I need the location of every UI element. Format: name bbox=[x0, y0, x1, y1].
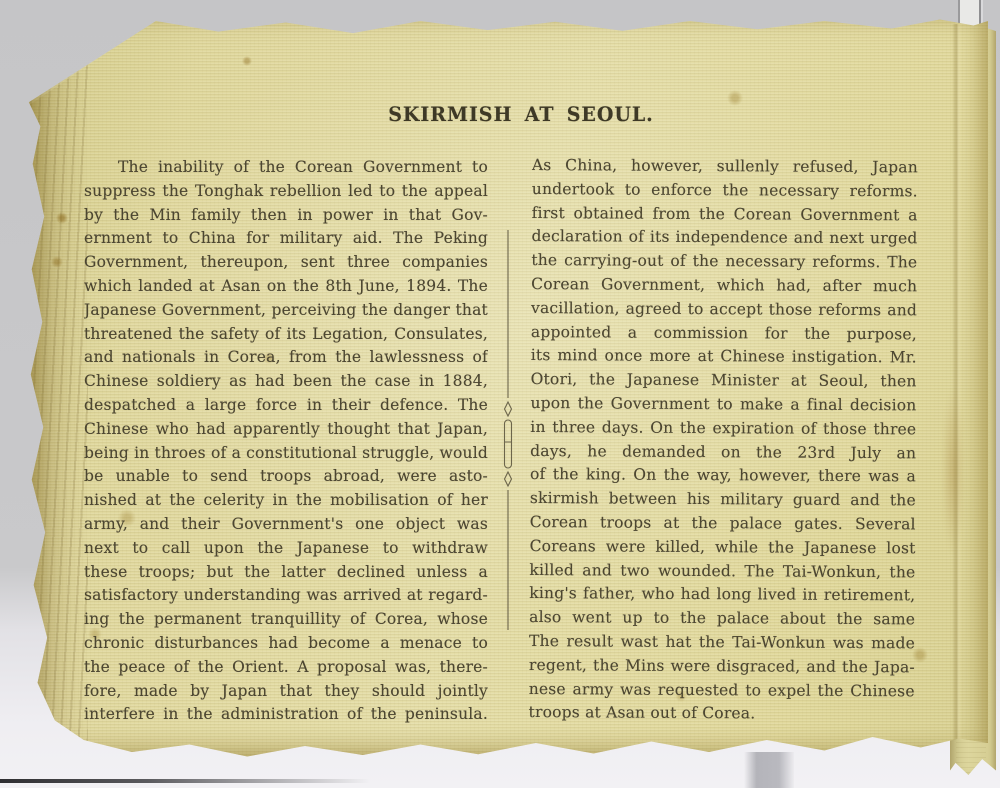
right-crease bbox=[952, 24, 962, 740]
text-line: Corean Government, which had, after much bbox=[531, 273, 917, 299]
text-line: nished at the celerity in the mobilisati… bbox=[84, 489, 488, 513]
text-line: king's father, who had long lived in ret… bbox=[529, 582, 915, 608]
folded-corner bbox=[28, 18, 158, 106]
text-line: As China, however, sullenly refused, Jap… bbox=[532, 154, 918, 180]
right-text-column: As China, however, sullenly refused, Jap… bbox=[529, 154, 918, 727]
text-line: of the king. On the way, however, there … bbox=[530, 463, 916, 489]
text-line: being in throes of a constitutional stru… bbox=[84, 442, 488, 466]
text-line: Chinese soldiery as had been the case in… bbox=[84, 370, 488, 394]
text-line: chronic disturbances had become a menace… bbox=[84, 632, 488, 656]
text-line: army, and their Government's one object … bbox=[84, 513, 488, 537]
text-line: appointed a commission for the purpose, … bbox=[531, 321, 917, 347]
text-line: by the Min family then in power in that … bbox=[84, 204, 488, 228]
text-line: Government, thereupon, sent three compan… bbox=[84, 251, 488, 275]
text-line: its mind once more at Chinese instigatio… bbox=[531, 344, 917, 370]
text-line: which landed at Asan on the 8th June, 18… bbox=[84, 275, 488, 299]
text-line: undertook to enforce the necessary refor… bbox=[532, 178, 918, 204]
text-line: next to call upon the Japanese to withdr… bbox=[84, 537, 488, 561]
text-line: killed and two wounded. The Tai-Wonkun, … bbox=[529, 559, 915, 585]
text-line: ing the permanent tranquillity of Corea,… bbox=[84, 608, 488, 632]
column-divider-ornament bbox=[500, 230, 516, 630]
shadow-strip bbox=[744, 752, 794, 788]
text-line: these troops; but the latter declined un… bbox=[84, 561, 488, 585]
page-title: SKIRMISH AT SEOUL. bbox=[64, 102, 978, 126]
text-line: vacillation, agreed to accept those refo… bbox=[531, 297, 917, 323]
text-line: the carrying-out of the necessary reform… bbox=[531, 249, 917, 275]
text-line: threatened the safety of its Legation, C… bbox=[84, 323, 488, 347]
text-line: The result wast hat the Tai-Wonkun was m… bbox=[529, 630, 915, 656]
text-line: Japanese Government, perceiving the dang… bbox=[84, 299, 488, 323]
left-text-column: The inability of the Corean Government t… bbox=[84, 156, 488, 727]
text-line: be unable to send troops abroad, were as… bbox=[84, 465, 488, 489]
text-line: also went up to the palace about the sam… bbox=[529, 606, 915, 632]
text-line: ernment to China for military aid. The P… bbox=[84, 227, 488, 251]
text-line: in three days. On the expiration of thos… bbox=[530, 416, 916, 442]
text-line: Otori, the Japanese Minister at Seoul, t… bbox=[531, 368, 917, 394]
text-line: nese army was requested to expel the Chi… bbox=[529, 678, 915, 704]
text-line: despatched a large force in their defenc… bbox=[84, 394, 488, 418]
text-line: skirmish between his military guard and … bbox=[530, 487, 916, 513]
text-line: days, he demanded on the 23rd July an au… bbox=[530, 440, 916, 466]
text-line: Chinese who had apparently thought that … bbox=[84, 418, 488, 442]
text-line: suppress the Tonghak rebellion led to th… bbox=[84, 180, 488, 204]
text-line: fore, made by Japan that they should joi… bbox=[84, 680, 488, 704]
text-line: and nationals in Corea, from the lawless… bbox=[84, 346, 488, 370]
text-line: first obtained from the Corean Governmen… bbox=[532, 202, 918, 228]
text-line: satisfactory understanding was arrived a… bbox=[84, 584, 488, 608]
fold-crease-line bbox=[21, 0, 163, 60]
text-line: Corean troops at the palace gates. Sever… bbox=[530, 511, 916, 537]
stain-smudge bbox=[942, 386, 964, 556]
text-line: upon the Government to make a final deci… bbox=[530, 392, 916, 418]
text-line: interfere in the administration of the p… bbox=[84, 703, 488, 727]
photo-background: SKIRMISH AT SEOUL. The inability of the … bbox=[0, 0, 1000, 788]
text-line: regent, the Mins were disgraced, and the… bbox=[529, 654, 915, 680]
text-line: troops at Asan out of Corea. bbox=[529, 701, 915, 727]
text-line: Coreans were killed, while the Japanese … bbox=[530, 535, 916, 561]
text-line: declaration of its independence and next… bbox=[531, 225, 917, 251]
text-line: the peace of the Orient. A proposal was,… bbox=[84, 656, 488, 680]
book-page: SKIRMISH AT SEOUL. The inability of the … bbox=[26, 6, 988, 758]
text-line: The inability of the Corean Government t… bbox=[84, 156, 488, 180]
table-edge-line bbox=[0, 779, 370, 783]
